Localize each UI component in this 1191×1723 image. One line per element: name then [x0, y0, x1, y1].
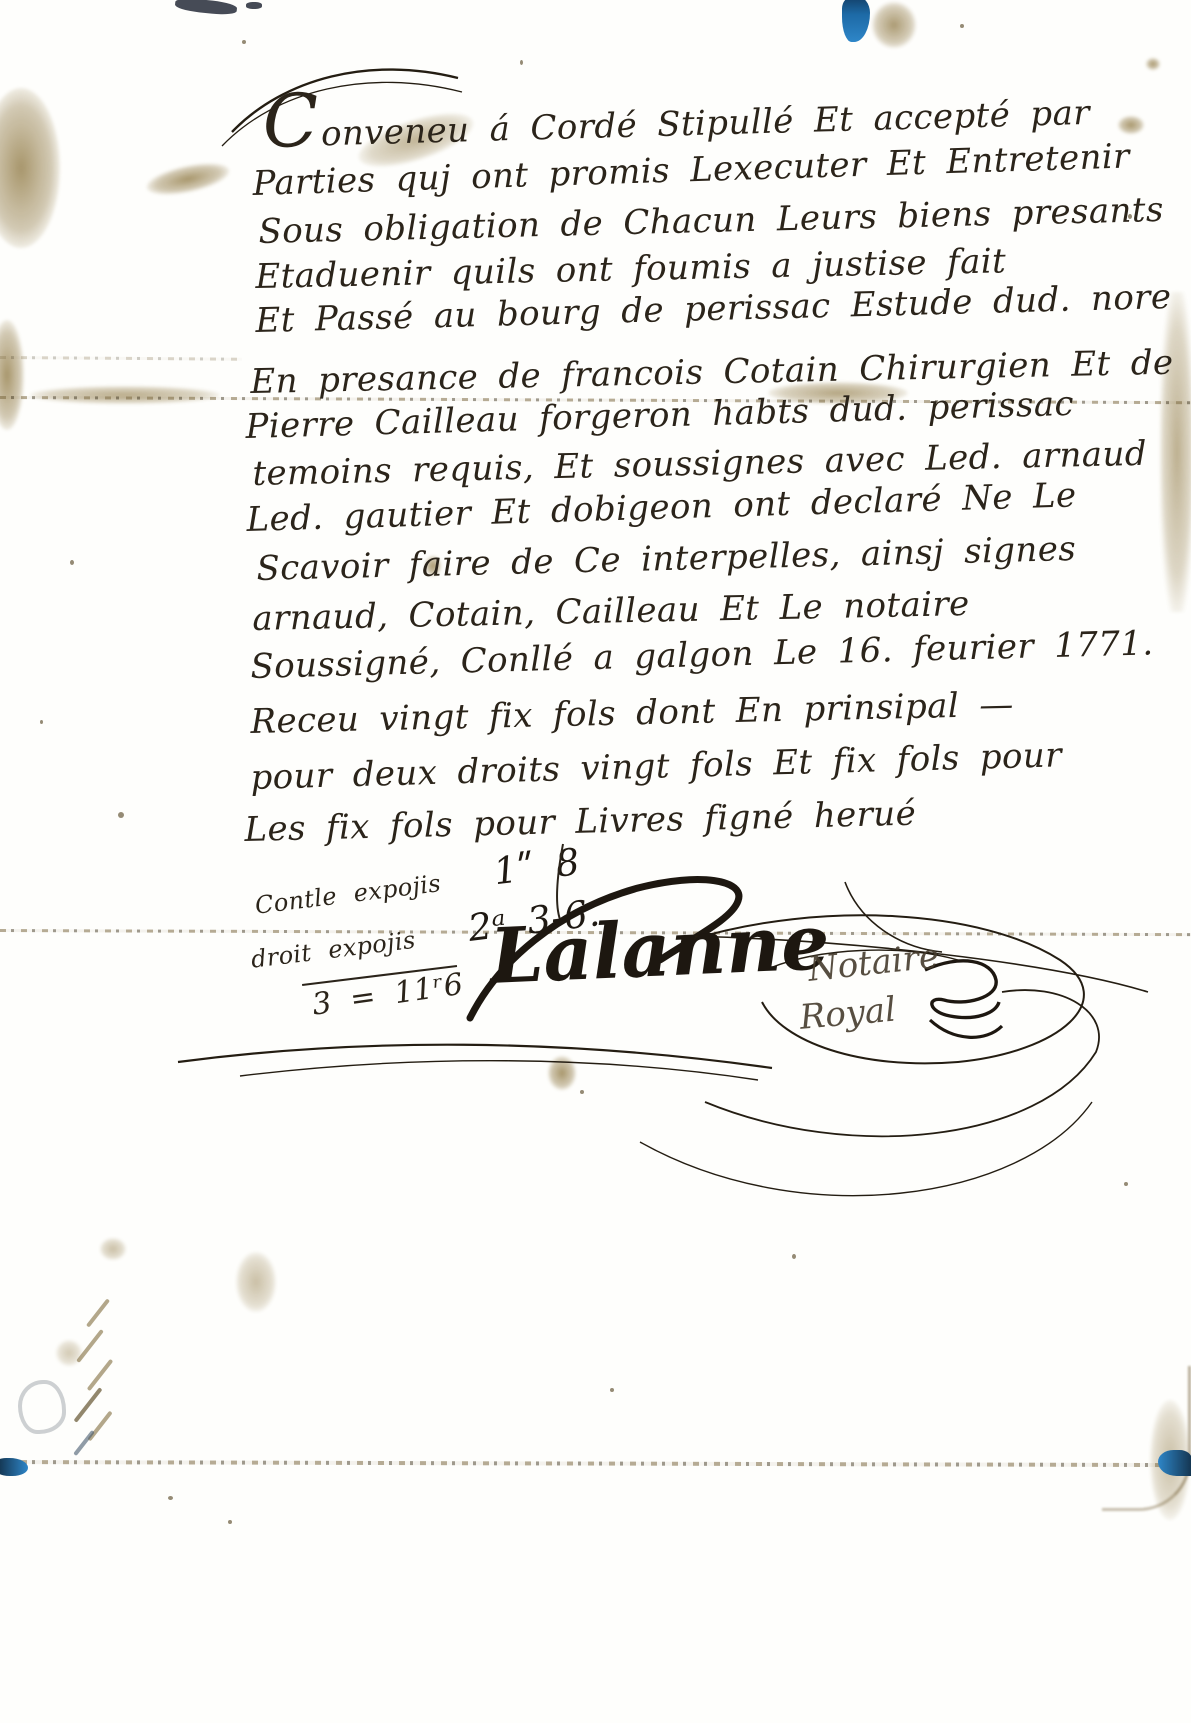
fold-line [0, 356, 242, 361]
notary-title-word: Royal [798, 990, 898, 1038]
tear-mark [610, 919, 643, 934]
tear-mark [630, 390, 657, 404]
stain [1146, 58, 1160, 70]
tear-mark [292, 391, 303, 400]
stain [1160, 292, 1191, 612]
ink-smear [246, 2, 262, 9]
signature-flourish [0, 840, 1191, 1270]
manuscript-line: pour deux droits vingt fols Et fix fols … [250, 735, 1062, 798]
manuscript-line: Scavoir faire de Ce interpelles, ainsj s… [256, 529, 1077, 589]
hatch-stroke [87, 1359, 114, 1391]
scanned-manuscript-page: Conveneu á Cordé Stipullé Et accepté par… [0, 0, 1191, 1723]
signature-name: Lalanne [488, 897, 831, 1001]
speck [960, 24, 964, 28]
speck [168, 1496, 173, 1500]
tear-mark [842, 0, 870, 42]
stain [1118, 116, 1144, 134]
tear-mark [650, 1456, 677, 1469]
tear-mark [22, 1384, 62, 1430]
tear-mark [727, 921, 740, 934]
tear-mark [1144, 924, 1166, 939]
speck [70, 560, 74, 565]
tear-mark [1016, 1452, 1035, 1467]
speck [118, 812, 124, 818]
tear-mark [752, 1428, 780, 1448]
tear-mark [836, 1450, 934, 1471]
speck [242, 40, 246, 44]
hatch-stroke [73, 1387, 102, 1423]
speck [610, 1388, 614, 1392]
tear-mark [246, 1421, 267, 1444]
tear-mark [1158, 1450, 1191, 1476]
tear-mark [468, 383, 522, 406]
tear-mark [906, 922, 919, 939]
hatch-stroke [86, 1298, 110, 1327]
stain [0, 88, 60, 248]
hatch-stroke [73, 1430, 95, 1456]
tear-mark [753, 389, 765, 401]
tear-mark [0, 836, 9, 850]
tear-mark [598, 1452, 642, 1469]
tear-mark [428, 1442, 616, 1472]
tear-mark [946, 1452, 993, 1468]
tear-mark [700, 1450, 723, 1467]
ink-smear [174, 0, 237, 16]
tear-mark [1078, 1446, 1156, 1472]
manuscript-line: Receu vingt fix fols dont En prinsipal — [250, 685, 1014, 742]
tear-mark [0, 1458, 28, 1476]
speck [228, 1520, 232, 1524]
tear-mark [520, 917, 540, 936]
speck [520, 60, 523, 65]
stain [30, 386, 220, 404]
stain [872, 2, 916, 48]
corner-crease [1102, 1366, 1191, 1511]
speck [40, 720, 43, 724]
